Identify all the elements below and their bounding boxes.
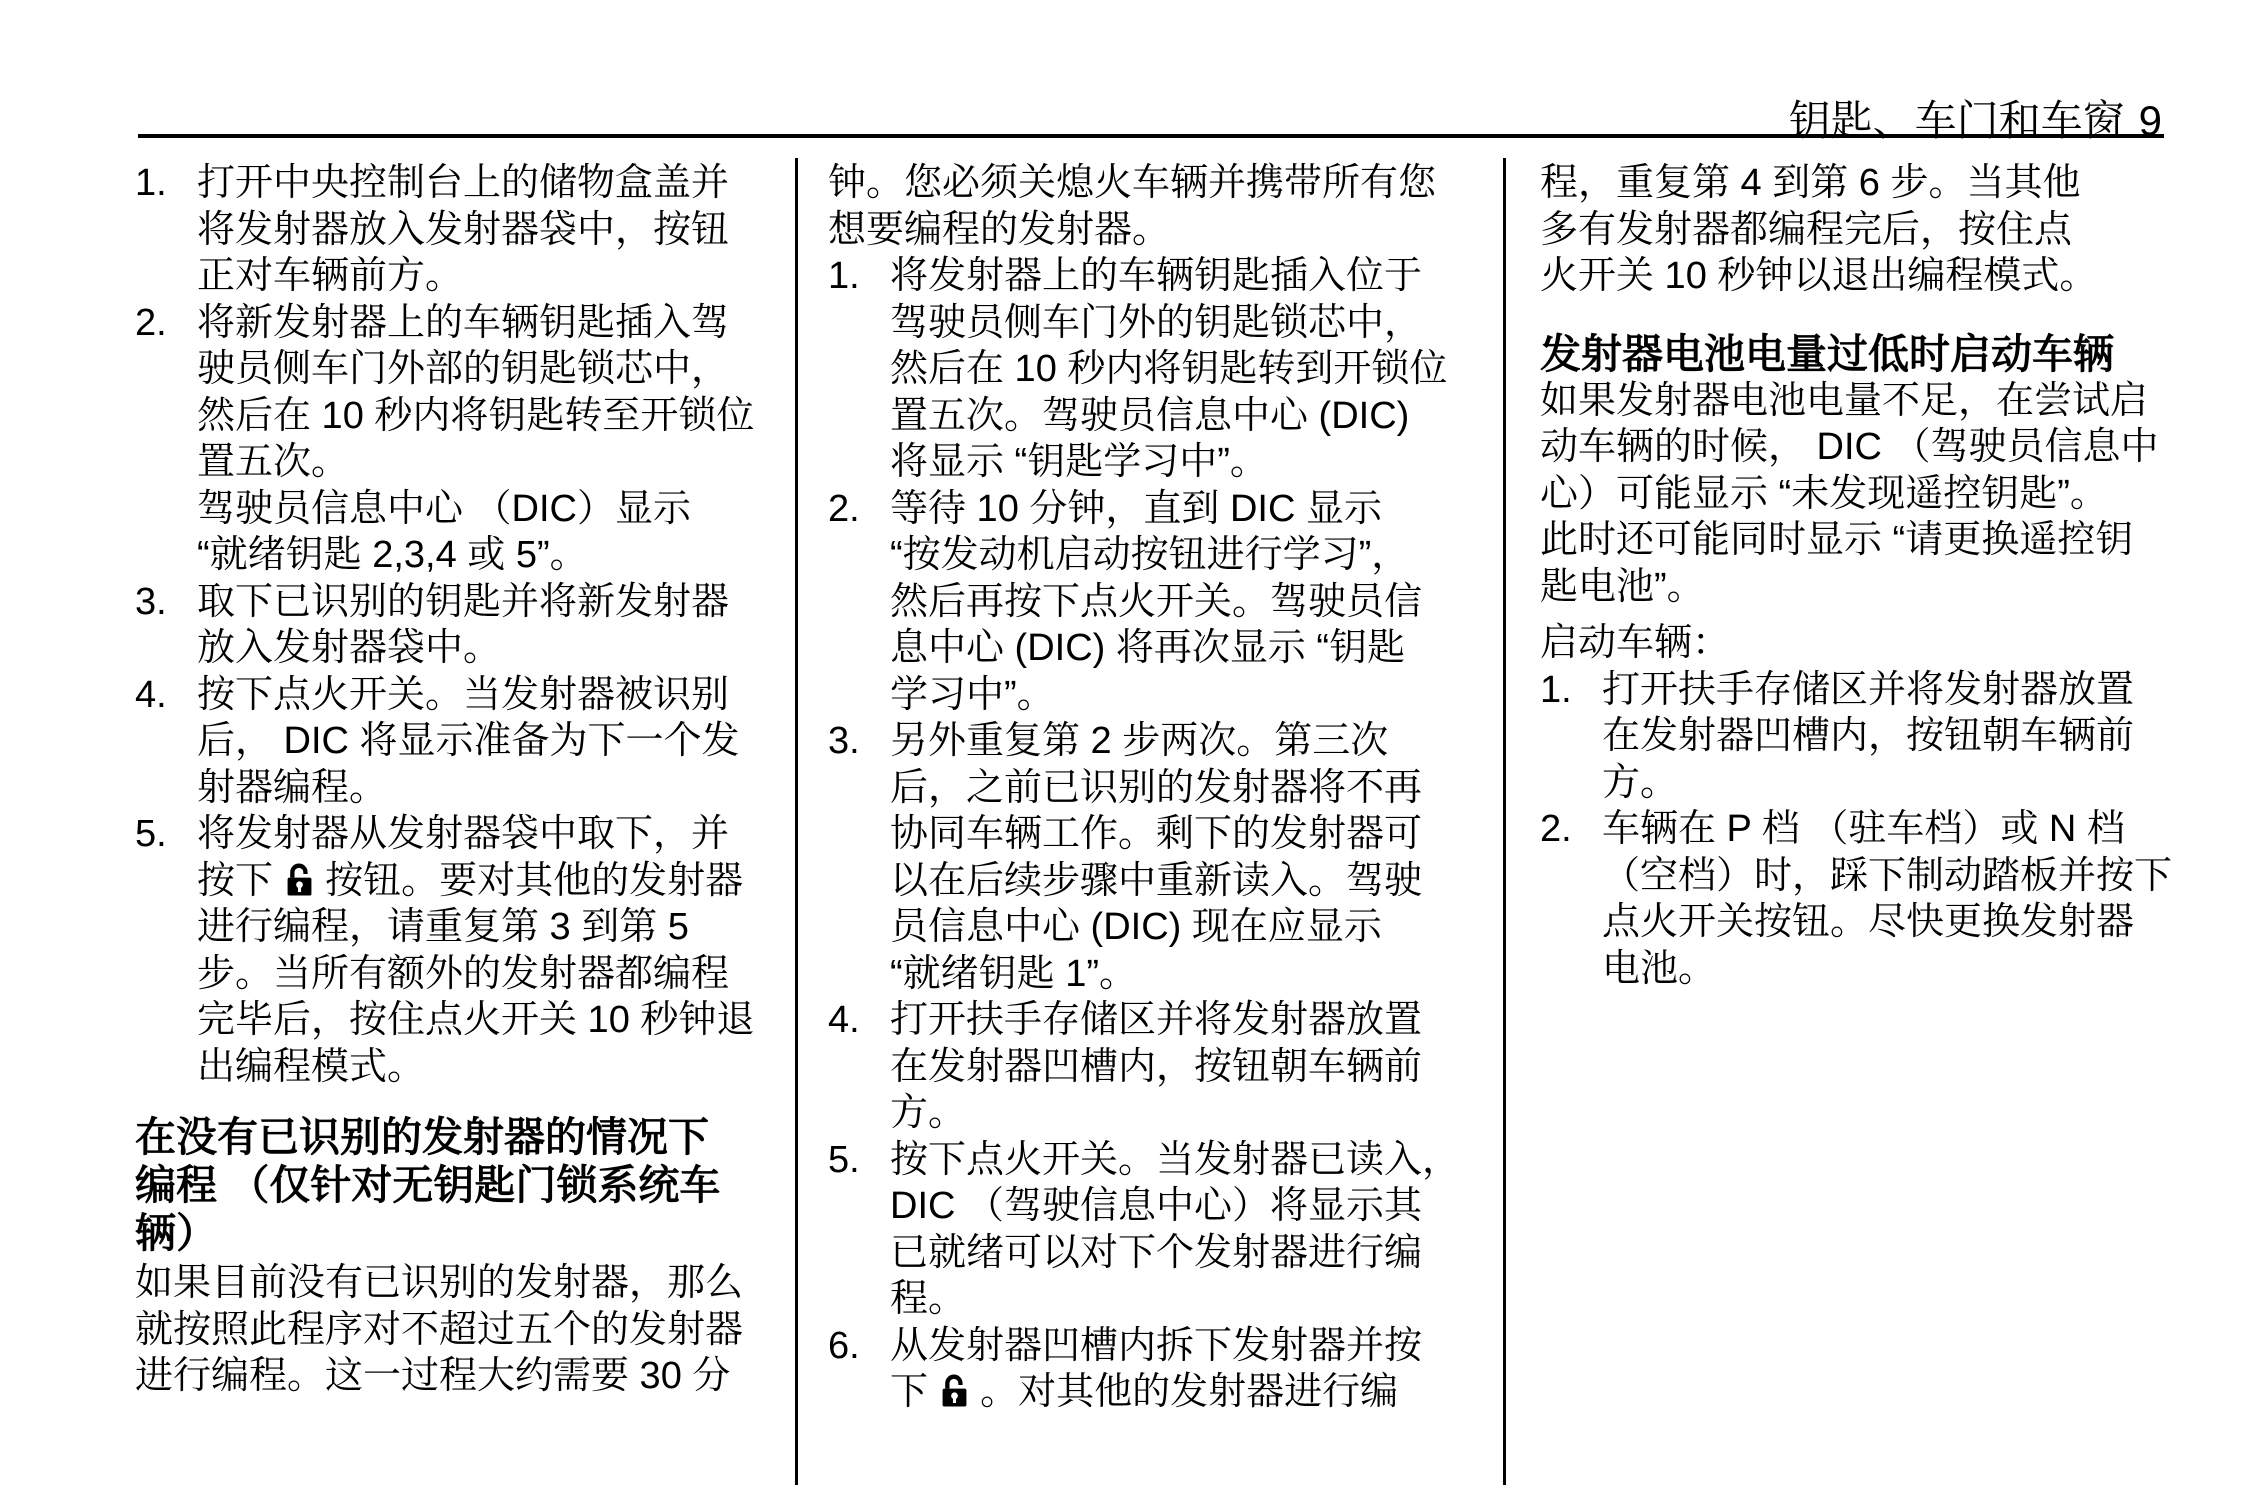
list-text: 车辆在 P 档 （驻车档）或 N 档 （空档）时，踩下制动踏板并按下 点火开关按… (1602, 806, 2204, 992)
column-divider-1 (795, 158, 798, 1485)
list-text: 另外重复第 2 步两次。第三次 后，之前已识别的发射器将不再 协同车辆工作。剩下… (890, 718, 1480, 997)
list-text: 按下点火开关。当发射器被识别 后， DIC 将显示准备为下一个发 射器编程。 (197, 672, 783, 812)
list-item: 5. 按下点火开关。当发射器已读入， DIC （驾驶信息中心）将显示其 已就绪可… (828, 1137, 1480, 1323)
section-heading: 在没有已识别的发射器的情况下 编程 （仅针对无钥匙门锁系统车 辆） (135, 1113, 783, 1257)
list-number: 4. (135, 672, 197, 719)
list-number: 6. (828, 1323, 890, 1370)
list-number: 2. (828, 486, 890, 533)
paragraph: 如果发射器电池电量不足，在尝试启 动车辆的时候， DIC （驾驶员信息中 心）可… (1540, 378, 2204, 611)
list-label: 启动车辆： (1540, 620, 2204, 667)
unlock-icon (284, 862, 315, 898)
list-number: 3. (828, 718, 890, 765)
list-item: 3. 取下已识别的钥匙并将新发射器 放入发射器袋中。 (135, 579, 783, 672)
list-text-segment: 。对其他的发射器进行编 (970, 1371, 1399, 1413)
list-text: 打开扶手存储区并将发射器放置 在发射器凹槽内，按钮朝车辆前 方。 (1602, 667, 2204, 807)
column-divider-2 (1503, 158, 1506, 1485)
list-text: 按下点火开关。当发射器已读入， DIC （驾驶信息中心）将显示其 已就绪可以对下… (890, 1137, 1480, 1323)
list-text: 将发射器从发射器袋中取下，并 按下 按钮。要对其他的发射器 进行编程，请重复第 … (197, 811, 783, 1090)
list-number: 1. (135, 160, 197, 207)
list-text: 从发射器凹槽内拆下发射器并按 下 。对其他的发射器进行编 (890, 1323, 1480, 1416)
list-text: 打开中央控制台上的储物盒盖并 将发射器放入发射器袋中，按钮 正对车辆前方。 (197, 160, 783, 300)
list-text: 取下已识别的钥匙并将新发射器 放入发射器袋中。 (197, 579, 783, 672)
list-number: 3. (135, 579, 197, 626)
paragraph-continuation: 钟。您必须关熄火车辆并携带所有您 想要编程的发射器。 (828, 160, 1480, 253)
list-item: 4. 按下点火开关。当发射器被识别 后， DIC 将显示准备为下一个发 射器编程… (135, 672, 783, 812)
list-number: 1. (828, 253, 890, 300)
list-text: 打开扶手存储区并将发射器放置 在发射器凹槽内，按钮朝车辆前 方。 (890, 997, 1480, 1137)
list-item: 1. 打开扶手存储区并将发射器放置 在发射器凹槽内，按钮朝车辆前 方。 (1540, 667, 2204, 807)
list-item: 1. 将发射器上的车辆钥匙插入位于 驾驶员侧车门外的钥匙锁芯中， 然后在 10 … (828, 253, 1480, 486)
paragraph-continuation: 程，重复第 4 到第 6 步。当其他 多有发射器都编程完后，按住点 火开关 10… (1540, 160, 2204, 300)
unlock-icon (939, 1373, 970, 1409)
list-item: 2. 将新发射器上的车辆钥匙插入驾 驶员侧车门外部的钥匙锁芯中， 然后在 10 … (135, 300, 783, 579)
column-1: 1. 打开中央控制台上的储物盒盖并 将发射器放入发射器袋中，按钮 正对车辆前方。… (135, 160, 783, 1400)
list-number: 4. (828, 997, 890, 1044)
list-item: 2. 车辆在 P 档 （驻车档）或 N 档 （空档）时，踩下制动踏板并按下 点火… (1540, 806, 2204, 992)
list-text: 将新发射器上的车辆钥匙插入驾 驶员侧车门外部的钥匙锁芯中， 然后在 10 秒内将… (197, 300, 783, 579)
column-2: 钟。您必须关熄火车辆并携带所有您 想要编程的发射器。 1. 将发射器上的车辆钥匙… (828, 160, 1480, 1416)
section-heading: 发射器电池电量过低时启动车辆 (1540, 330, 2204, 378)
list-number: 1. (1540, 667, 1602, 714)
list-item: 1. 打开中央控制台上的储物盒盖并 将发射器放入发射器袋中，按钮 正对车辆前方。 (135, 160, 783, 300)
list-number: 2. (1540, 806, 1602, 853)
list-item: 4. 打开扶手存储区并将发射器放置 在发射器凹槽内，按钮朝车辆前 方。 (828, 997, 1480, 1137)
list-text: 等待 10 分钟，直到 DIC 显示 “按发动机启动按钮进行学习”， 然后再按下… (890, 486, 1480, 719)
manual-page: 钥匙、车门和车窗9 1. 打开中央控制台上的储物盒盖并 将发射器放入发射器袋中，… (0, 0, 2246, 1500)
paragraph: 如果目前没有已识别的发射器，那么 就按照此程序对不超过五个的发射器 进行编程。这… (135, 1260, 783, 1400)
list-text: 将发射器上的车辆钥匙插入位于 驾驶员侧车门外的钥匙锁芯中， 然后在 10 秒内将… (890, 253, 1480, 486)
list-number: 5. (828, 1137, 890, 1184)
column-3: 程，重复第 4 到第 6 步。当其他 多有发射器都编程完后，按住点 火开关 10… (1540, 160, 2204, 992)
header-rule (138, 134, 2164, 138)
list-item: 3. 另外重复第 2 步两次。第三次 后，之前已识别的发射器将不再 协同车辆工作… (828, 718, 1480, 997)
list-number: 2. (135, 300, 197, 347)
list-item: 2. 等待 10 分钟，直到 DIC 显示 “按发动机启动按钮进行学习”， 然后… (828, 486, 1480, 719)
list-number: 5. (135, 811, 197, 858)
list-item: 5. 将发射器从发射器袋中取下，并 按下 按钮。要对其他的发射器 进行编程，请重… (135, 811, 783, 1090)
list-item: 6. 从发射器凹槽内拆下发射器并按 下 。对其他的发射器进行编 (828, 1323, 1480, 1416)
